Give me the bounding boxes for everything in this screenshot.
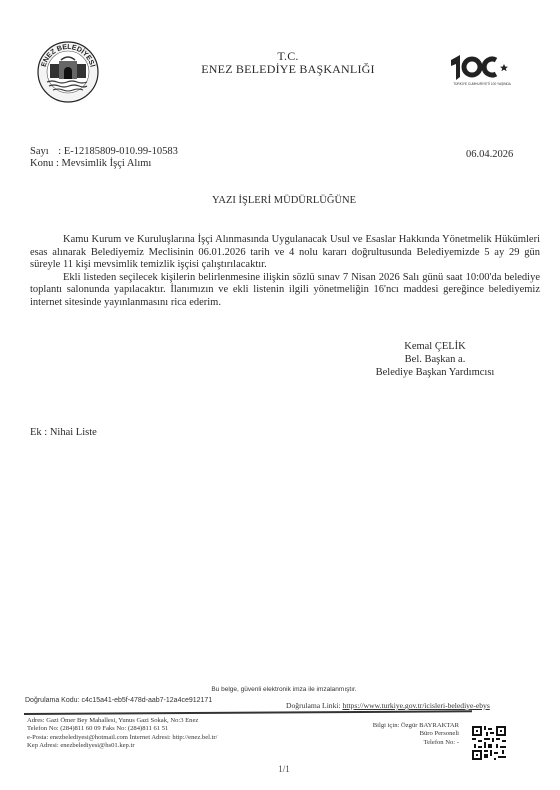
document-date: 06.04.2026 xyxy=(466,149,513,160)
esignature-note: Bu belge, güvenli elektronik imza ile im… xyxy=(0,686,560,693)
info-contact-name: Bilgi için: Özgür BAYRAKTAR xyxy=(359,722,459,730)
qr-code-icon xyxy=(472,726,506,760)
body-paragraph: Ekli listeden seçilecek kişilerin belirl… xyxy=(30,272,540,310)
contact-address: Adres: Gazi Ömer Bey Mahallesi, Yunus Ga… xyxy=(27,717,217,751)
body-paragraph: Kamu Kurum ve Kuruluşlarına İşçi Alınmas… xyxy=(30,234,540,272)
verification-code: Doğrulama Kodu: c4c15a41-eb5f-478d-aab7-… xyxy=(25,697,212,704)
address-line: Adres: Gazi Ömer Bey Mahallesi, Yunus Ga… xyxy=(27,717,217,725)
attachment-note: Ek : Nihai Liste xyxy=(30,427,97,438)
signatory-position: Belediye Başkan Yardımcısı xyxy=(370,366,500,379)
addressee: YAZI İŞLERİ MÜDÜRLÜĞÜNE xyxy=(0,195,560,206)
konu-value: : Mevsimlik İşçi Alımı xyxy=(56,158,151,169)
footer-divider xyxy=(24,710,472,714)
verification-code-value: c4c15a41-eb5f-478d-aab7-12a4ce912171 xyxy=(81,697,212,704)
signatory-name: Kemal ÇELİK xyxy=(370,340,500,353)
verification-link: Doğrulama Linki: https://www.turkiye.gov… xyxy=(286,701,490,710)
document-number: Sayı : E-12185809-010.99-10583 xyxy=(30,146,178,158)
centenary-logo-icon: TÜRKİYE CUMHURİYETİ 100 YAŞINDA xyxy=(448,52,514,88)
verification-url-link[interactable]: https://www.turkiye.gov.tr/icisleri-bele… xyxy=(343,701,490,710)
email-line: e-Posta: enezbelediyesi@hotmail.com İnte… xyxy=(27,734,217,742)
verification-link-label: Doğrulama Linki: xyxy=(286,701,341,710)
signatory-title: Bel. Başkan a. xyxy=(370,353,500,366)
sayi-label: Sayı xyxy=(30,146,49,157)
turkiye-100-logo: TÜRKİYE CUMHURİYETİ 100 YAŞINDA xyxy=(448,52,514,88)
sayi-value: : E-12185809-010.99-10583 xyxy=(58,146,178,157)
signature-block: Kemal ÇELİK Bel. Başkan a. Belediye Başk… xyxy=(370,340,500,379)
info-contact-phone: Telefon No: - xyxy=(359,739,459,747)
contact-info: Bilgi için: Özgür BAYRAKTAR Büro Persone… xyxy=(359,722,459,747)
svg-text:TÜRKİYE CUMHURİYETİ 100 YAŞIND: TÜRKİYE CUMHURİYETİ 100 YAŞINDA xyxy=(453,81,511,86)
page-number: 1/1 xyxy=(0,764,560,774)
phone-line: Telefon No: (284)811 60 09 Faks No: (284… xyxy=(27,725,217,733)
konu-label: Konu xyxy=(30,158,53,169)
verification-code-label: Doğrulama Kodu: xyxy=(25,697,79,704)
document-subject: Konu : Mevsimlik İşçi Alımı xyxy=(30,158,151,170)
info-contact-role: Büro Personeli xyxy=(359,730,459,738)
letter-body: Kamu Kurum ve Kuruluşlarına İşçi Alınmas… xyxy=(30,234,540,310)
kep-line: Kep Adresi: enezbelediyesi@hs01.kep.tr xyxy=(27,742,217,750)
